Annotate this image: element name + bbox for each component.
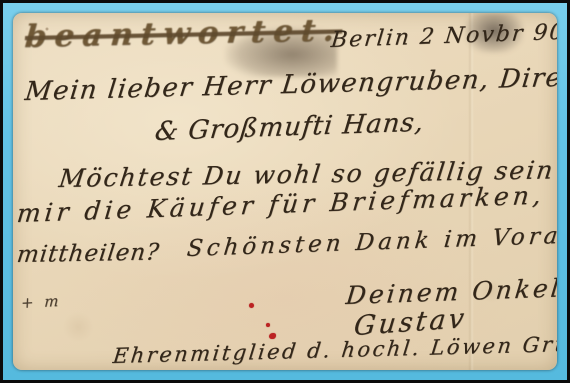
body-line-3: mittheilen?	[15, 239, 161, 268]
annotation-note: beantwortet.	[23, 13, 343, 55]
date-line: Berlin 2 Novbr 90.	[330, 19, 557, 53]
margin-scribble: + m	[21, 292, 62, 312]
postcard-scan: beantwortet. Berlin 2 Novbr 90. Mein lie…	[13, 13, 557, 370]
thanks-line: Schönsten Dank im Voraus	[186, 222, 557, 262]
blue-mat: beantwortet. Berlin 2 Novbr 90. Mein lie…	[3, 3, 567, 380]
salutation-line-1: Mein lieber Herr Löwengruben, Director	[23, 61, 557, 107]
red-ink-speck	[269, 333, 276, 339]
title-line: Ehrenmitglied d. hochl. Löwen Grube	[112, 331, 557, 368]
red-ink-speck	[266, 323, 270, 327]
photo-frame: beantwortet. Berlin 2 Novbr 90. Mein lie…	[0, 0, 570, 383]
salutation-line-2: & Großmufti Hans,	[153, 108, 425, 148]
red-ink-speck	[249, 303, 254, 308]
